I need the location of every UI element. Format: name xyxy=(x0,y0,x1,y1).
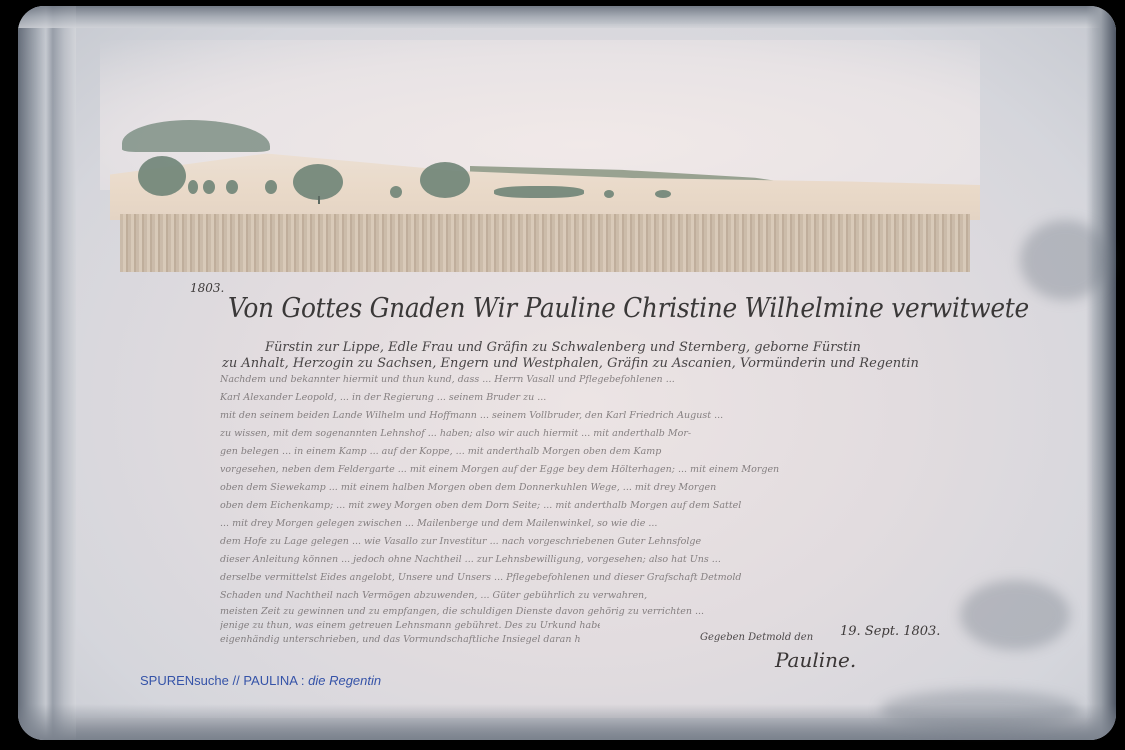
tree-icon xyxy=(226,180,238,194)
right-worn-edge xyxy=(1086,6,1116,740)
hedge-row xyxy=(494,186,584,198)
document-body-line: derselbe vermittelst Eides angelobt, Uns… xyxy=(220,572,932,582)
document-body-line: gen belegen ... in einem Kamp ... auf de… xyxy=(220,446,932,456)
document-body-line: ... mit drey Morgen gelegen zwischen ...… xyxy=(220,518,932,528)
top-worn-edge xyxy=(18,6,1116,28)
document-body-line: vorgesehen, neben dem Feldergarte ... mi… xyxy=(220,464,932,474)
document-body-line: Karl Alexander Leopold, ... in der Regie… xyxy=(220,392,932,402)
caption-subtitle: die Regentin xyxy=(308,673,381,688)
stain xyxy=(880,690,1080,730)
tree-icon xyxy=(420,162,470,198)
document-body-line: mit den seinem beiden Lande Wilhelm und … xyxy=(220,410,932,420)
caption: SPURENsuche // PAULINA : die Regentin xyxy=(140,673,381,688)
crop-field xyxy=(120,214,970,272)
tree-icon xyxy=(138,156,186,196)
tree-icon xyxy=(188,180,198,194)
stain xyxy=(1020,220,1110,300)
document-body-line: dem Hofe zu Lage gelegen ... wie Vasallo… xyxy=(220,536,932,546)
document-heading: Von Gottes Gnaden Wir Pauline Christine … xyxy=(228,293,881,324)
document-body-line: oben dem Siewekamp ... mit einem halben … xyxy=(220,482,932,492)
document-body-line: eigenhändig unterschrieben, und das Vorm… xyxy=(220,634,580,644)
tree-icon xyxy=(203,180,215,194)
document-year: 1803. xyxy=(190,281,224,295)
document-body-line: Schaden und Nachtheil nach Vermögen abzu… xyxy=(220,590,932,600)
document-body-line: meisten Zeit zu gewinnen und zu empfange… xyxy=(220,606,932,616)
tree-icon xyxy=(265,180,277,194)
tree-icon xyxy=(604,190,614,198)
tree-icon xyxy=(390,186,402,198)
document-body-line: Nachdem und bekannter hiermit und thun k… xyxy=(220,374,932,384)
caption-series: SPURENsuche // PAULINA : xyxy=(140,673,308,688)
document-closing: Gegeben Detmold den xyxy=(700,632,813,643)
book-spine-edge xyxy=(18,6,76,740)
document-date: 19. Sept. 1803. xyxy=(840,624,940,639)
tree-icon xyxy=(655,190,671,198)
document-body-line: jenige zu thun, was einem getreuen Lehns… xyxy=(220,620,600,630)
tree-trunk xyxy=(318,196,320,204)
stain xyxy=(960,580,1070,650)
document-body-line: dieser Anleitung können ... jedoch ohne … xyxy=(220,554,932,564)
document-line: zu Anhalt, Herzogin zu Sachsen, Engern u… xyxy=(222,356,919,371)
document-line: Fürstin zur Lippe, Edle Frau und Gräfin … xyxy=(265,340,861,355)
tree-icon xyxy=(293,164,343,200)
document-body-line: zu wissen, mit dem sogenannten Lehnshof … xyxy=(220,428,932,438)
document-body-line: oben dem Eichenkamp; ... mit zwey Morgen… xyxy=(220,500,932,510)
signature: Pauline. xyxy=(775,648,856,672)
